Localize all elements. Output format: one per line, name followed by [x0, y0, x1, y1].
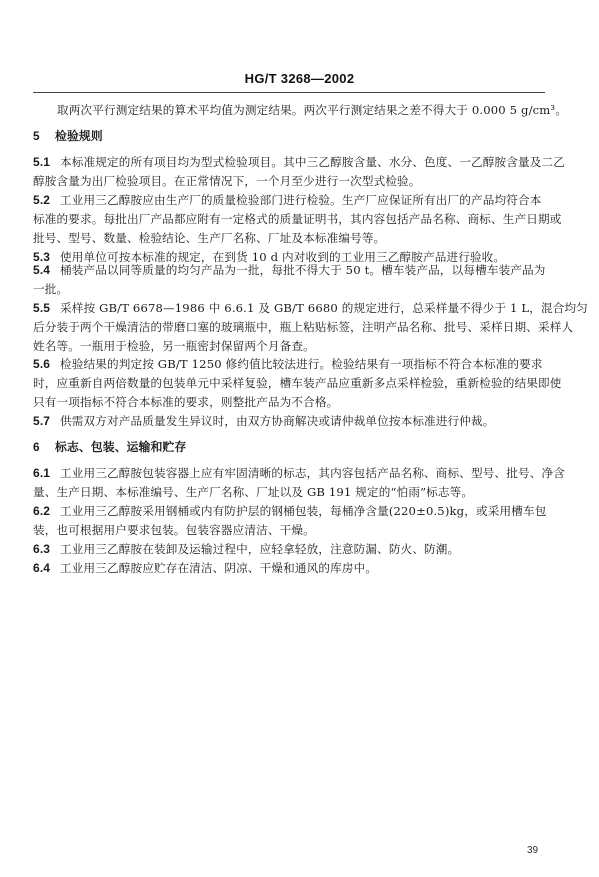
clause-text: 后分装于两个干燥清洁的带磨口塞的玻璃瓶中，瓶上粘贴标签，注明产品名称、批号、采样… — [33, 320, 548, 334]
clause-text: 一批。 — [33, 282, 548, 296]
page-number: 39 — [527, 845, 538, 856]
clause-number: 5.1 — [33, 155, 60, 169]
page-header-standard-code: HG/T 3268—2002 — [0, 71, 599, 86]
clause-number: 5.3 — [33, 250, 60, 264]
clause-number: 6.1 — [33, 466, 60, 480]
section-6-heading: 6标志、包装、运输和贮存 — [33, 440, 548, 454]
clause-text: 工业用三乙醇胺应贮存在清洁、阴凉、干燥和通风的库房中。 — [60, 561, 377, 575]
clause-text: 本标准规定的所有项目均为型式检验项目。其中三乙醇胺含量、水分、色度、一乙醇胺含量… — [60, 155, 565, 169]
clause-number: 5.2 — [33, 193, 60, 207]
clause-text: 工业用三乙醇胺采用钢桶或内有防护层的钢桶包装，每桶净含量(220±0.5)kg，… — [60, 504, 546, 518]
section-title: 检验规则 — [55, 129, 103, 143]
clause-text: 装，也可根据用户要求包装。包装容器应清洁、干燥。 — [33, 523, 548, 537]
clause-number: 5.5 — [33, 301, 60, 315]
clause-number: 6.4 — [33, 561, 60, 575]
clause-text: 量、生产日期、本标准编号、生产厂名称、厂址以及 GB 191 规定的“怕雨”标志… — [33, 485, 548, 499]
clause-text: 检验结果的判定按 GB/T 1250 修约值比较法进行。检验结果有一项指标不符合… — [60, 357, 543, 371]
section-title: 标志、包装、运输和贮存 — [55, 440, 186, 454]
clause-number: 5.7 — [33, 414, 60, 428]
clause-text: 批号、型号、数量、检验结论、生产厂名称、厂址及本标准编号等。 — [33, 231, 548, 245]
clause-text: 标准的要求。每批出厂产品都应附有一定格式的质量证明书，其内容包括产品名称、商标、… — [33, 212, 548, 226]
clause-text: 工业用三乙醇胺应由生产厂的质量检验部门进行检验。生产厂应保证所有出厂的产品均符合… — [60, 193, 542, 207]
clause-number: 5.6 — [33, 357, 60, 371]
clause-text: 供需双方对产品质量发生异议时，由双方协商解决或请仲裁单位按本标准进行仲裁。 — [60, 414, 495, 428]
section-number: 6 — [33, 440, 55, 454]
clause-text: 时，应重新自两倍数量的包装单元中采样复验，槽车装产品应重新多点采样检验，重新检验… — [33, 376, 548, 390]
clause-number: 6.2 — [33, 504, 60, 518]
clause-text: 采样按 GB/T 6678—1986 中 6.6.1 及 GB/T 6680 的… — [60, 301, 588, 315]
clause-text: 醇胺含量为出厂检验项目。在正常情况下，一个月至少进行一次型式检验。 — [33, 174, 548, 188]
clause-text: 使用单位可按本标准的规定，在到货 10 d 内对收到的工业用三乙醇胺产品进行验收… — [60, 250, 505, 264]
clause-text: 只有一项指标不符合本标准的要求，则整批产品为不合格。 — [33, 395, 548, 409]
section-5-heading: 5检验规则 — [33, 129, 548, 143]
clause-text: 工业用三乙醇胺包装容器上应有牢固清晰的标志，其内容包括产品名称、商标、型号、批号… — [60, 466, 565, 480]
section-number: 5 — [33, 129, 55, 143]
clause-text: 工业用三乙醇胺在装卸及运输过程中，应轻拿轻放，注意防漏、防火、防潮。 — [60, 542, 459, 556]
header-rule — [33, 92, 545, 93]
clause-number: 5.4 — [33, 263, 60, 277]
intro-paragraph: 取两次平行测定结果的算术平均值为测定结果。两次平行测定结果之差不得大于 0.00… — [57, 103, 572, 117]
clause-text: 桶装产品以同等质量的均匀产品为一批，每批不得大于 50 t。槽车装产品，以每槽车… — [60, 263, 546, 277]
clause-number: 6.3 — [33, 542, 60, 556]
clause-text: 姓名等。一瓶用于检验，另一瓶密封保留两个月备查。 — [33, 339, 548, 353]
